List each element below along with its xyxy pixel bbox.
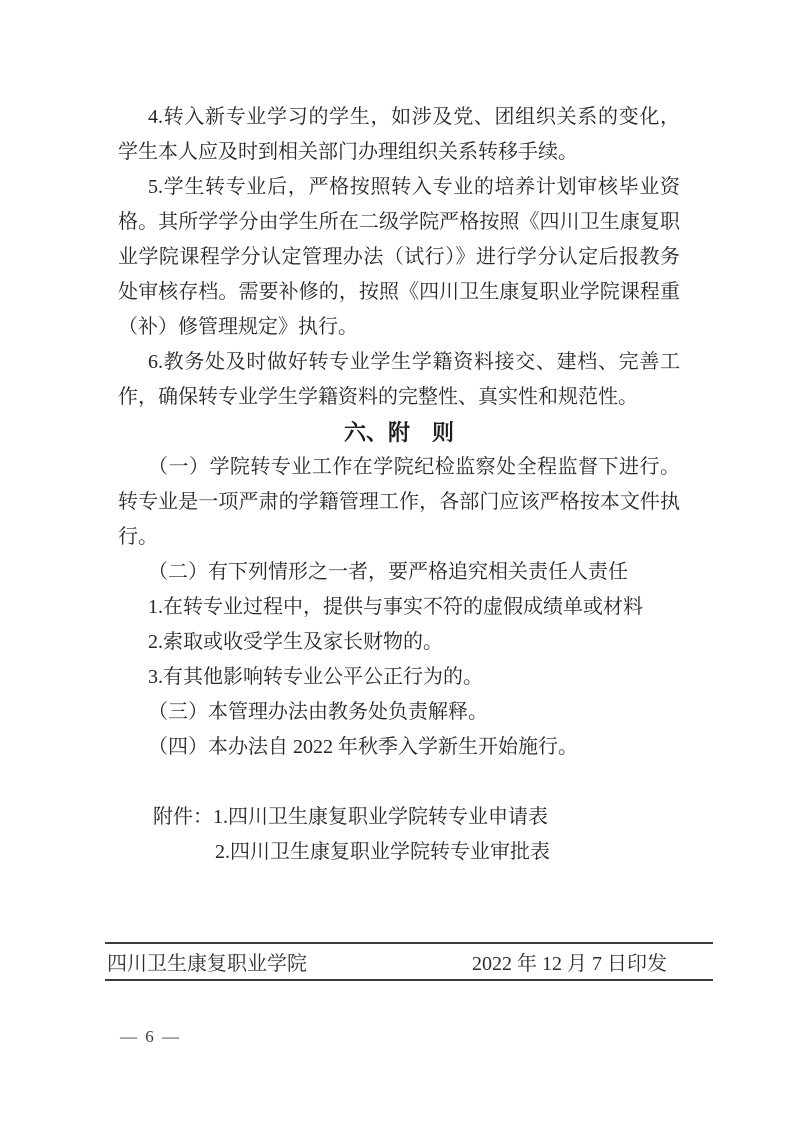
body-line: （四）本办法自 2022 年秋季入学新生开始施行。: [118, 730, 680, 765]
body-line: （补）修管理规定》执行。: [118, 310, 680, 345]
footer-rule-block: 四川卫生康复职业学院 2022 年 12 月 7 日印发: [105, 942, 713, 981]
attachment-line: 2.四川卫生康复职业学院转专业审批表: [118, 835, 680, 870]
footer-print-date: 2022 年 12 月 7 日印发: [472, 947, 713, 976]
attachment-item: 1.四川卫生康复职业学院转专业申请表: [213, 806, 548, 828]
body-line: 3.有其他影响转专业公平公正行为的。: [118, 660, 680, 695]
body-line: （一）学院转专业工作在学院纪检监察处全程监督下进行。: [118, 450, 680, 485]
attachment-item: 2.四川卫生康复职业学院转专业审批表: [215, 841, 550, 863]
footer-issuer: 四川卫生康复职业学院: [105, 947, 307, 976]
body-line: 业学院课程学分认定管理办法（试行）》进行学分认定后报教务: [118, 240, 680, 275]
body-line: 2.索取或收受学生及家长财物的。: [118, 625, 680, 660]
body-line: （三）本管理办法由教务处负责解释。: [118, 695, 680, 730]
attachment-line: 附件：1.四川卫生康复职业学院转专业申请表: [118, 800, 680, 835]
page-number: — 6 —: [120, 1026, 181, 1048]
attachment-label: 附件：: [153, 806, 213, 828]
body-line: 6.教务处及时做好转专业学生学籍资料接交、建档、完善工: [118, 345, 680, 380]
body-line: 转专业是一项严肃的学籍管理工作，各部门应该严格按本文件执: [118, 485, 680, 520]
document-page: 4.转入新专业学习的学生，如涉及党、团组织关系的变化， 学生本人应及时到相关部门…: [0, 0, 792, 1121]
body-line: 处审核存档。需要补修的，按照《四川卫生康复职业学院课程重: [118, 275, 680, 310]
body-line: 格。其所学学分由学生所在二级学院严格按照《四川卫生康复职: [118, 205, 680, 240]
body-line: 1.在转专业过程中，提供与事实不符的虚假成绩单或材料等。: [118, 590, 680, 625]
body-line: 5.学生转专业后，严格按照转入专业的培养计划审核毕业资: [118, 170, 680, 205]
body-line: 行。: [118, 520, 680, 555]
document-body: 4.转入新专业学习的学生，如涉及党、团组织关系的变化， 学生本人应及时到相关部门…: [118, 100, 680, 870]
body-line: 学生本人应及时到相关部门办理组织关系转移手续。: [118, 135, 680, 170]
section-heading: 六、附 则: [118, 415, 680, 450]
body-line: 4.转入新专业学习的学生，如涉及党、团组织关系的变化，: [118, 100, 680, 135]
body-line: （二）有下列情形之一者，要严格追究相关责任人责任: [118, 555, 680, 590]
body-line: 作，确保转专业学生学籍资料的完整性、真实性和规范性。: [118, 380, 680, 415]
